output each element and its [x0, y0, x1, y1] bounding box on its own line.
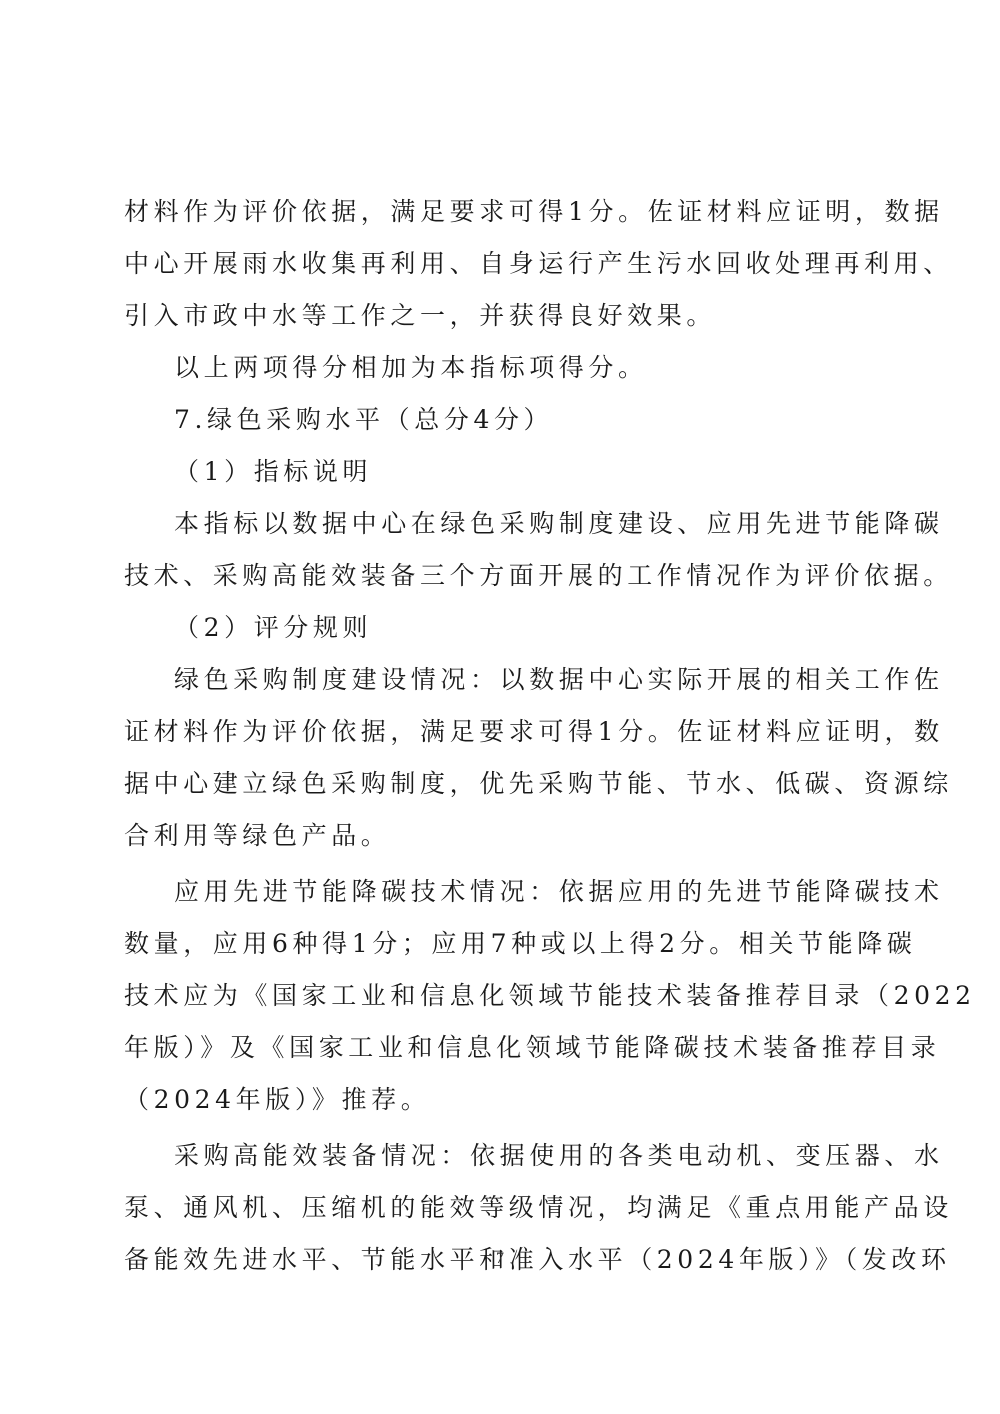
text-line: 绿色采购制度建设情况：以数据中心实际开展的相关工作佐 — [124, 654, 876, 706]
subheading-scoring-rules: （2）评分规则 — [124, 602, 876, 654]
paragraph-green-procurement: 绿色采购制度建设情况：以数据中心实际开展的相关工作佐 证材料作为评价依据，满足要… — [124, 654, 876, 862]
paragraph-indicator-description: 本指标以数据中心在绿色采购制度建设、应用先进节能降碳 技术、采购高能效装备三个方… — [124, 498, 876, 602]
text-line: 中心开展雨水收集再利用、自身运行产生污水回收处理再利用、 — [124, 238, 876, 290]
text-line: 据中心建立绿色采购制度，优先采购节能、节水、低碳、资源综 — [124, 758, 876, 810]
text-line: 引入市政中水等工作之一，并获得良好效果。 — [124, 290, 876, 342]
subheading-indicator-description: （1）指标说明 — [124, 446, 876, 498]
text-line: 合利用等绿色产品。 — [124, 810, 876, 862]
text-line: 以上两项得分相加为本指标项得分。 — [124, 342, 876, 394]
text-line: 技术应为《国家工业和信息化领域节能技术装备推荐目录（2022 — [124, 970, 876, 1022]
subheading-text: （2）评分规则 — [124, 602, 876, 654]
heading-text: 7.绿色采购水平（总分4分） — [124, 394, 876, 446]
text-line: 数量，应用6种得1分；应用7种或以上得2分。相关节能降碳 — [124, 918, 876, 970]
text-line: 年版）》及《国家工业和信息化领域节能降碳技术装备推荐目录 — [124, 1022, 876, 1074]
paragraph-sum: 以上两项得分相加为本指标项得分。 — [124, 342, 876, 394]
section-heading: 7.绿色采购水平（总分4分） — [124, 394, 876, 446]
text-line: 泵、通风机、压缩机的能效等级情况，均满足《重点用能产品设 — [124, 1182, 876, 1234]
text-line: 技术、采购高能效装备三个方面开展的工作情况作为评价依据。 — [124, 550, 876, 602]
page-number: 7 — [0, 1250, 1000, 1268]
text-line: 本指标以数据中心在绿色采购制度建设、应用先进节能降碳 — [124, 498, 876, 550]
document-page: 材料作为评价依据，满足要求可得1分。佐证材料应证明，数据 中心开展雨水收集再利用… — [0, 0, 1000, 1414]
paragraph-continuation: 材料作为评价依据，满足要求可得1分。佐证材料应证明，数据 中心开展雨水收集再利用… — [124, 186, 876, 342]
page-body: 材料作为评价依据，满足要求可得1分。佐证材料应证明，数据 中心开展雨水收集再利用… — [124, 186, 876, 1286]
text-line: （2024年版）》推荐。 — [124, 1074, 876, 1126]
text-line: 应用先进节能降碳技术情况：依据应用的先进节能降碳技术 — [124, 866, 876, 918]
text-line: 材料作为评价依据，满足要求可得1分。佐证材料应证明，数据 — [124, 186, 876, 238]
subheading-text: （1）指标说明 — [124, 446, 876, 498]
text-line: 采购高能效装备情况：依据使用的各类电动机、变压器、水 — [124, 1130, 876, 1182]
text-line: 证材料作为评价依据，满足要求可得1分。佐证材料应证明，数 — [124, 706, 876, 758]
paragraph-energy-saving-tech: 应用先进节能降碳技术情况：依据应用的先进节能降碳技术 数量，应用6种得1分；应用… — [124, 866, 876, 1126]
